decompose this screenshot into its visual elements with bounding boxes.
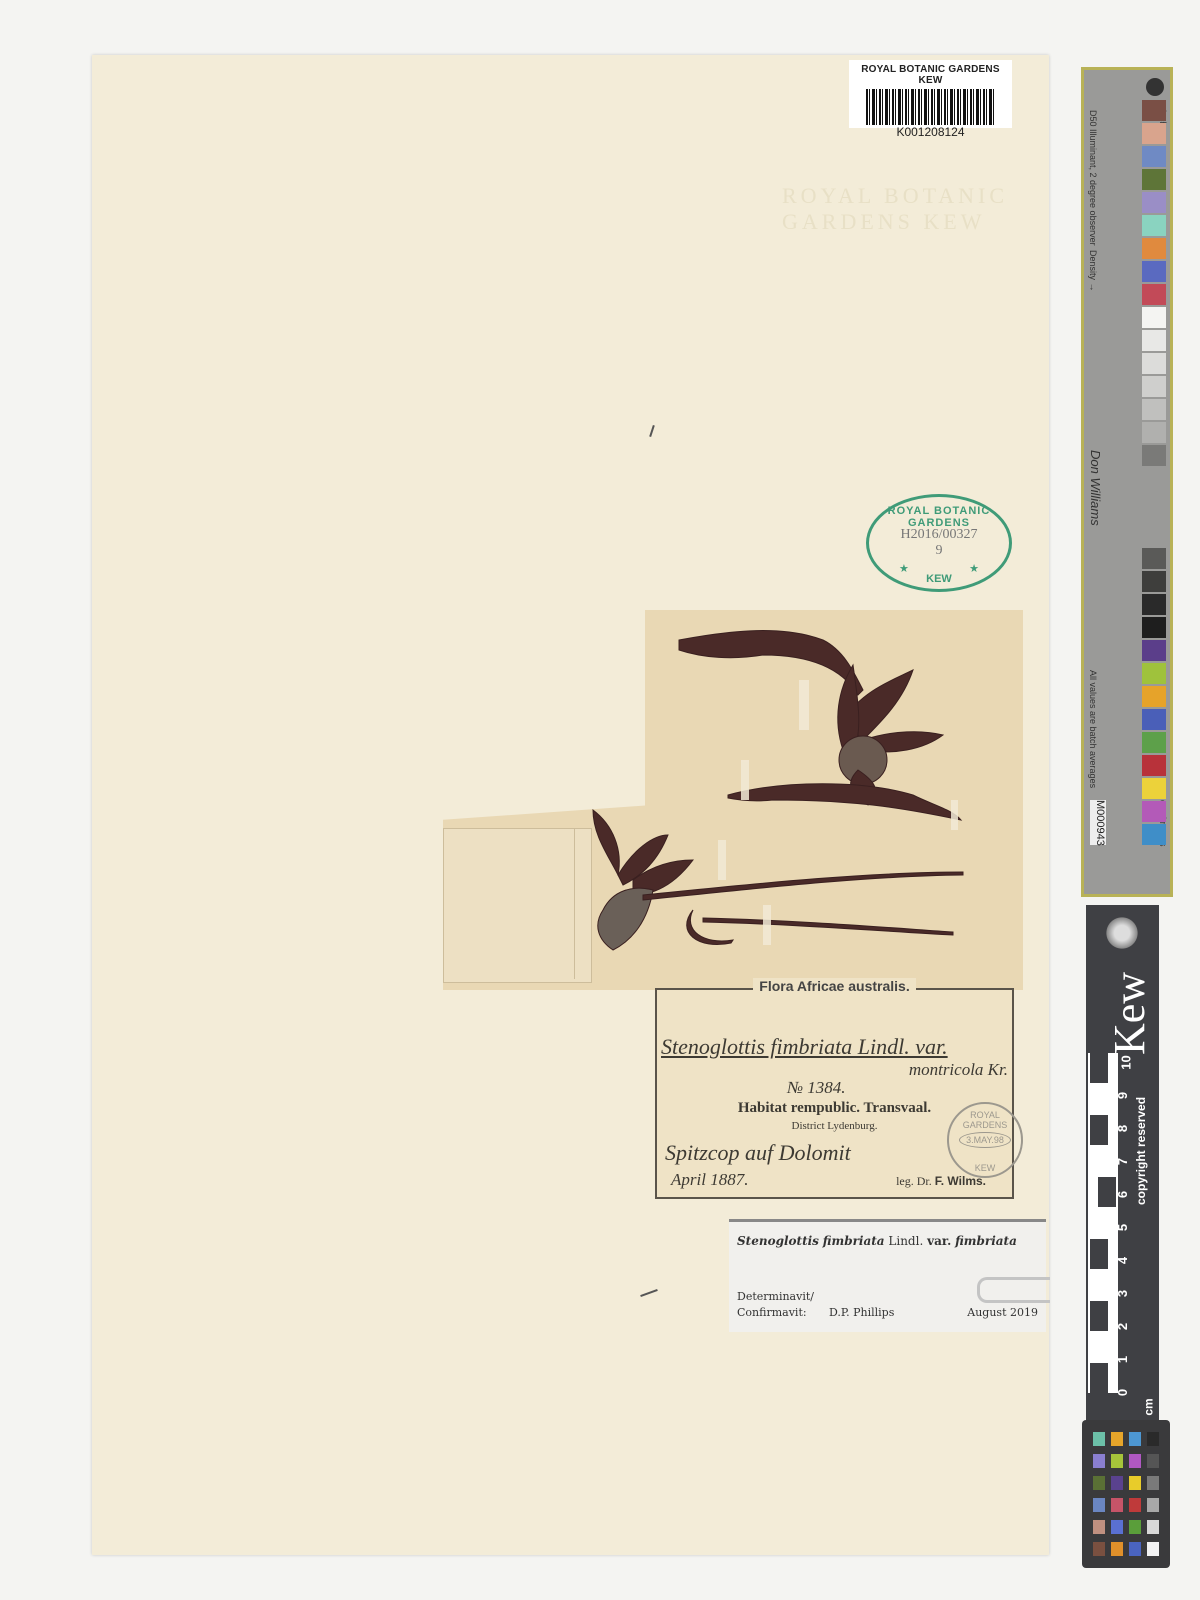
color-swatch [1142,169,1166,190]
color-patch [1147,1476,1159,1490]
color-swatch [1142,376,1166,397]
color-swatch [1142,146,1166,167]
color-calibration-bar: inches D50 Illuminant, 2 degree observer… [1081,67,1173,897]
collector-prefix: leg. Dr. [896,1174,932,1188]
det-infraspecific: fimbriata [955,1234,1017,1248]
color-swatch [1142,100,1166,121]
color-patch [1147,1432,1159,1446]
color-swatch [1142,617,1166,638]
label-collector: leg. Dr. F. Wilms. [896,1174,986,1189]
det-confirmavit: Confirmavit: [737,1306,807,1319]
label-header: Flora Africae australis. [753,978,915,994]
color-patch [1147,1542,1159,1556]
cm-tick: 4 [1115,1257,1130,1264]
calibration-id: M000943 [1090,800,1106,845]
cm-tick: 9 [1115,1092,1130,1099]
stamp-location: KEW [869,573,1009,585]
cm-tick: 2 [1115,1323,1130,1330]
color-patch [1147,1520,1159,1534]
cm-ruler [1088,1053,1118,1393]
color-swatch [1142,709,1166,730]
barcode-institution: ROYAL BOTANIC GARDENS KEW [849,64,1012,86]
illuminant-note: D50 Illuminant, 2 degree observer [1088,110,1098,246]
determination-slip: Stenoglottis fimbriata Lindl. var. fimbr… [729,1219,1046,1332]
color-patch [1129,1542,1141,1556]
copyright-notice: copyright reserved [1134,1035,1148,1205]
batch-note: All values are batch averages [1088,670,1098,788]
det-genus: Stenoglottis [737,1234,819,1248]
paperclip-icon [977,1277,1050,1303]
label-species-handwritten: Stenoglottis fimbriata Lindl. var. [661,1034,948,1060]
color-patch [1111,1454,1123,1468]
accession-stamp: ROYAL BOTANIC GARDENS H2016/00327 9 ★ ★ … [866,494,1012,592]
color-patch [1093,1432,1105,1446]
label-variety-handwritten: montricola Kr. [909,1060,1008,1080]
color-swatch [1142,238,1166,259]
color-swatch [1142,353,1166,374]
color-patch [1111,1520,1123,1534]
color-swatch [1142,778,1166,799]
color-patch [1111,1476,1123,1490]
cm-tick: 1 [1115,1356,1130,1363]
color-patch [1129,1520,1141,1534]
label-collection-date: April 1887. [671,1170,748,1190]
color-swatch [1142,594,1166,615]
sheet-ghost-stamp: ROYAL BOTANIC GARDENS KEW [782,183,1049,235]
barcode-bars [866,89,996,125]
color-swatch [1142,801,1166,822]
color-swatch [1142,422,1166,443]
color-patch [1111,1432,1123,1446]
color-swatch [1142,640,1166,661]
color-swatch [1142,445,1166,466]
color-swatch [1142,548,1166,569]
color-swatch [1142,399,1166,420]
color-swatch [1142,686,1166,707]
color-swatch [1142,732,1166,753]
density-label: Density → [1088,250,1098,292]
cm-tick: 3 [1115,1290,1130,1297]
det-species: fimbriata [823,1234,885,1248]
received-stamp-location: KEW [949,1163,1021,1173]
color-patch [1093,1498,1105,1512]
cm-tick: 6 [1115,1191,1130,1198]
color-swatch [1142,123,1166,144]
stamp-institution: ROYAL BOTANIC GARDENS [869,505,1009,529]
determination-name: Stenoglottis fimbriata Lindl. var. fimbr… [737,1234,1017,1248]
cm-tick: 7 [1115,1158,1130,1165]
label-locality-handwritten: Spitzcop auf Dolomit [665,1140,851,1166]
color-swatch [1142,261,1166,282]
color-patch [1111,1498,1123,1512]
stamp-accession-number: H2016/00327 [869,527,1009,543]
color-patch [1093,1520,1105,1534]
brand-label: Don Williams [1088,450,1103,526]
color-patch [1093,1542,1105,1556]
color-swatch [1142,571,1166,592]
cm-tick: 8 [1115,1125,1130,1132]
cm-tick: 0 [1115,1389,1130,1396]
color-patch [1147,1498,1159,1512]
color-patch [1147,1454,1159,1468]
color-swatch [1142,824,1166,845]
barcode-id: K001208124 [849,125,1012,139]
color-swatch [1142,330,1166,351]
cm-unit-label: cm [1142,1398,1156,1415]
color-swatch [1142,215,1166,236]
det-determinavit: Determinavit/ [737,1290,814,1303]
color-swatch [1142,663,1166,684]
color-patch [1129,1498,1141,1512]
original-collection-label: Flora Africae australis. Stenoglottis fi… [655,988,1014,1199]
pressed-plant-specimen [443,610,1023,990]
registration-dot [1146,78,1164,96]
cm-tick: 10 [1119,1055,1134,1069]
royal-crest-icon [1106,913,1138,953]
kew-scale-bar: Kew copyright reserved 012345678910 cm [1086,905,1159,1420]
color-swatch [1142,307,1166,328]
color-patch [1129,1476,1141,1490]
barcode-label: ROYAL BOTANIC GARDENS KEW K001208124 [849,60,1012,128]
cm-tick: 5 [1115,1224,1130,1231]
det-author: Lindl. [888,1234,923,1248]
received-stamp-date: 3.MAY.98 [959,1132,1011,1148]
det-date: August 2019 [967,1306,1038,1319]
color-checker-chart [1082,1420,1170,1568]
color-swatch [1142,755,1166,776]
color-patch [1129,1454,1141,1468]
color-patch [1093,1454,1105,1468]
stamp-subnumber: 9 [869,543,1009,559]
det-rank: var. [927,1234,951,1248]
received-date-stamp: ROYAL GARDENS 3.MAY.98 KEW [947,1102,1023,1178]
label-collection-number: № 1384. [787,1078,846,1098]
color-swatch [1142,192,1166,213]
color-swatch [1142,284,1166,305]
det-determiner: D.P. Phillips [829,1306,894,1319]
color-patch [1111,1542,1123,1556]
color-patch [1093,1476,1105,1490]
received-stamp-text: ROYAL GARDENS [949,1110,1021,1130]
color-patch [1129,1432,1141,1446]
